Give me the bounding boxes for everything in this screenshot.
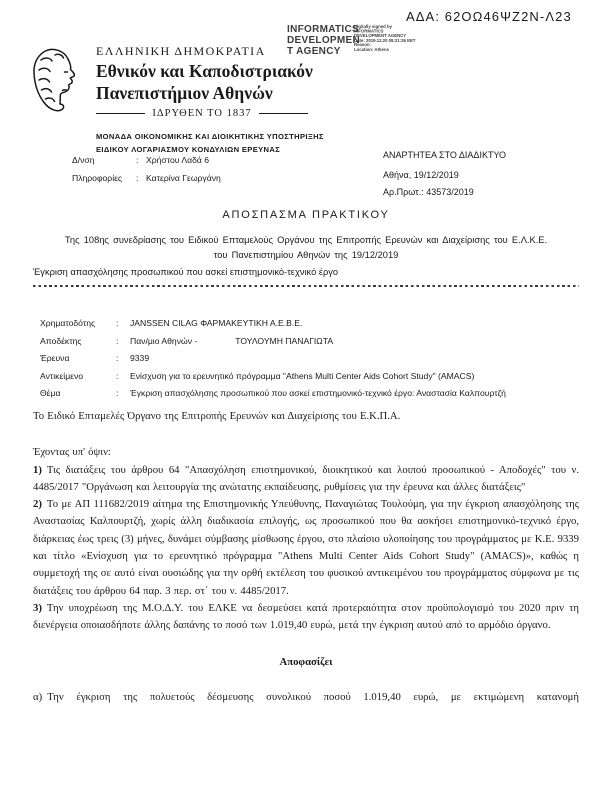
item-3-marker: 3) [33,602,47,614]
body-intro: Το Ειδικό Επταμελές Όργανο της Επιτροπής… [33,408,579,425]
contact-block: Δ/νση : Χρήστου Λαδά 6 Πληροφορίες : Κατ… [72,151,221,187]
object-separator: : [116,370,130,383]
info-separator: : [136,169,146,187]
item-1-text: Τις διατάξεις του άρθρου 64 "Απασχόληση … [33,464,579,493]
letterhead: ΕΛΛΗΝΙΚΗ ΔΗΜΟΚΡΑΤΙΑ Εθνικόν και Καποδιστ… [96,44,356,156]
founded-rule-right [259,113,308,114]
table-row-object: Αντικείμενο : Ενίσχυση για το ερευνητικό… [40,370,580,383]
address-value: Χρήστου Λαδά 6 [146,151,221,169]
research-label: Έρευνα [40,352,116,365]
university-name-line2: Πανεπιστήμιον Αθηνών [96,82,356,104]
funder-label: Χρηματοδότης [40,317,116,330]
topic-separator: : [116,387,130,400]
posting-block: ΑΝΑΡΤΗΤΕΑ ΣΤΟ ΔΙΑΔΙΚΤΥΟ Αθήνα, 19/12/201… [383,150,506,197]
recipient-label: Αποδέκτης [40,335,116,348]
address-label: Δ/νση [72,151,136,169]
city-date: Αθήνα, 19/12/2019 [383,170,506,180]
funder-value: JANSSEN CILAG ΦΑΡΜΑΚΕΥΤΙΚΗ Α.Ε.Β.Ε. [130,317,580,330]
decision-item-a: α)Την έγκριση της πολυετούς δέσμευσης συ… [33,689,579,706]
stamp-agency-line: INFORMATICS [287,24,361,35]
decides-heading: Αποφασίζει [33,654,579,671]
item-3-text: Την υποχρέωση της Μ.Ο.Δ.Υ. του ΕΛΚΕ να δ… [33,602,579,631]
document-body: Το Ειδικό Επταμελές Όργανο της Επιτροπής… [33,408,579,706]
having-item-3: 3)Την υποχρέωση της Μ.Ο.Δ.Υ. του ΕΛΚΕ να… [33,600,579,635]
address-separator: : [136,151,146,169]
having-regard-label: Έχοντας υπ' όψιν: [33,444,579,461]
recipient-value: Παν/μιο Αθηνών -ΤΟΥΛΟΥΜΗ ΠΑΝΑΓΙΩΤΑ [130,335,580,348]
contact-row-info: Πληροφορίες : Κατερίνα Γεωργάνη [72,169,221,187]
founded-rule-left [96,113,145,114]
hellenic-republic-label: ΕΛΛΗΝΙΚΗ ΔΗΜΟΚΡΑΤΙΑ [96,44,356,59]
recipient-name: ΤΟΥΛΟΥΜΗ ΠΑΝΑΓΙΩΤΑ [235,336,333,346]
having-item-1: 1)Τις διατάξεις του άρθρου 64 "Απασχόλησ… [33,462,579,497]
object-value: Ενίσχυση για το ερευνητικό πρόγραμμα "At… [130,370,580,383]
document-title: ΑΠΟΣΠΑΣΜΑ ΠΡΑΚΤΙΚΟΥ [0,209,612,221]
item-2-marker: 2) [33,498,47,510]
table-row-research: Έρευνα : 9339 [40,352,580,365]
object-label: Αντικείμενο [40,370,116,383]
athena-emblem-icon [31,46,88,113]
funder-separator: : [116,317,130,330]
document-page: ΑΔΑ: 62ΟΩ46ΨΖ2Ν-Λ23 INFORMATICS DEVELOPM… [0,0,612,792]
table-row-topic: Θέμα : Έγκριση απασχόλησης προσωπικού πο… [40,387,580,400]
founded-rule: ΙΔΡΥΘΕΝ ΤΟ 1837 [96,108,308,119]
signature-stamp-details: Digitally signed by INFORMATICS DEVELOPM… [354,25,423,52]
topic-label: Θέμα [40,387,116,400]
contact-row-address: Δ/νση : Χρήστου Λαδά 6 [72,151,221,169]
internet-posting-label: ΑΝΑΡΤΗΤΕΑ ΣΤΟ ΔΙΑΔΙΚΤΥΟ [383,150,506,160]
info-value: Κατερίνα Γεωργάνη [146,169,221,187]
university-name-line1: Εθνικόν και Καποδιστριακόν [96,60,356,82]
founded-label: ΙΔΡΥΘΕΝ ΤΟ 1837 [145,108,258,119]
topic-value: Έγκριση απασχόλησης προσωπικού που ασκεί… [130,387,580,400]
unit-name-line1: ΜΟΝΑΔΑ ΟΙΚΟΝΟΜΙΚΗΣ ΚΑΙ ΔΙΟΙΚΗΤΙΚΗΣ ΥΠΟΣΤ… [96,130,356,143]
stamp-detail-line: Location: Athens [354,48,423,53]
details-table: Χρηματοδότης : JANSSEN CILAG ΦΑΡΜΑΚΕΥΤΙΚ… [40,317,580,405]
session-subtitle: Της 108ης συνεδρίασης του Ειδικού Επταμε… [56,233,556,263]
item-1-marker: 1) [33,464,47,476]
decision-a-text: Την έγκριση της πολυετούς δέσμευσης συνο… [47,691,579,703]
info-label: Πληροφορίες [72,169,136,187]
having-item-2: 2)Το με ΑΠ 111682/2019 αίτημα της Επιστη… [33,496,579,600]
recipient-separator: : [116,335,130,348]
decision-a-marker: α) [33,691,47,703]
research-code: 9339 [130,352,580,365]
dotted-divider [33,285,579,287]
ada-code: ΑΔΑ: 62ΟΩ46ΨΖ2Ν-Λ23 [406,9,572,24]
item-2-text: Το με ΑΠ 111682/2019 αίτημα της Επιστημο… [33,498,579,596]
protocol-number: Αρ.Πρωτ.: 43573/2019 [383,187,506,197]
table-row-funder: Χρηματοδότης : JANSSEN CILAG ΦΑΡΜΑΚΕΥΤΙΚ… [40,317,580,330]
table-row-recipient: Αποδέκτης : Παν/μιο Αθηνών -ΤΟΥΛΟΥΜΗ ΠΑΝ… [40,335,580,348]
research-separator: : [116,352,130,365]
athena-emblem-logo [31,46,88,118]
subject-line: Έγκριση απασχόλησης προσωπικού που ασκεί… [33,267,579,277]
